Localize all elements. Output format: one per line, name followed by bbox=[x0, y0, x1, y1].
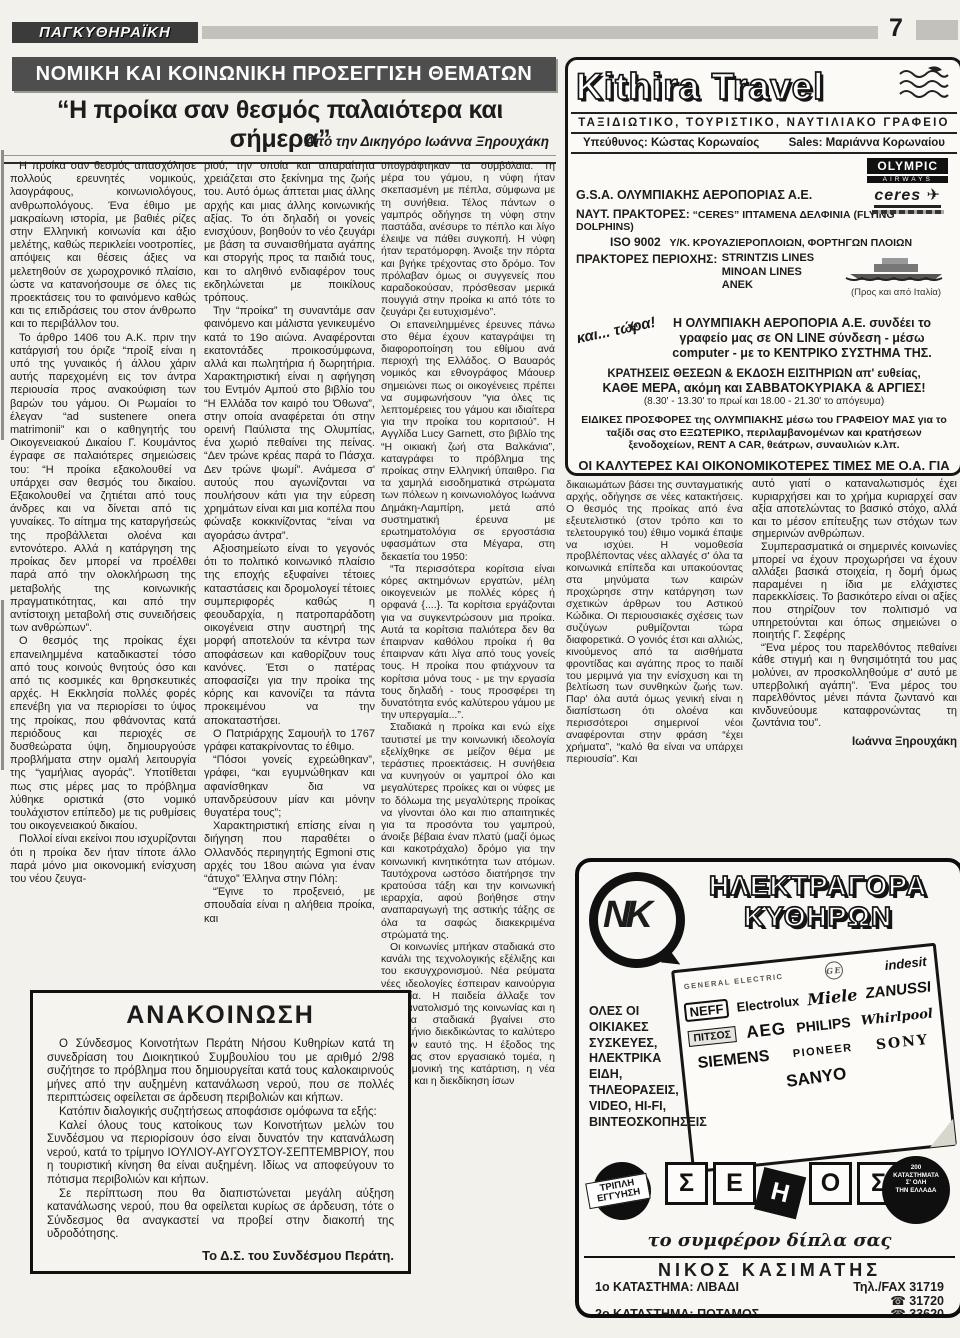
article-column-4: δικαιωμάτων βάσει της συνταγματικής αρχή… bbox=[566, 480, 743, 844]
list-item: Whirlpool bbox=[860, 1006, 933, 1028]
ge-monogram-icon: GE bbox=[824, 961, 844, 981]
kithira-office-type: ΤΑΞΙΔΙΩΤΙΚΟ, ΤΟΥΡΙΣΤΙΚΟ, ΝΑΥΤΙΛΙΑΚΟ ΓΡΑΦ… bbox=[571, 112, 957, 134]
waves-icon bbox=[898, 66, 950, 109]
newspaper-page: ΠΑΓΚΥΘΗΡΑΪΚΗ 7 ΝΟΜΙΚΗ ΚΑΙ ΚΟΙΝΩΝΙΚΗ ΠΡΟΣ… bbox=[0, 0, 960, 1338]
kithira-shipping-lines: STRINTZIS LINESMINOAN LINESANEK bbox=[722, 252, 814, 293]
ferry-icon: (Προς και από Ιταλία) bbox=[844, 252, 948, 298]
store-2-row: 2ο ΚΑΤΑΣΤΗΜΑ: ΠΟΤΑΜΟΣ ☎ 33620 bbox=[595, 1308, 944, 1318]
announcement-box: ΑΝΑΚΟΙΝΩΣΗ Ο Σύνδεσμος Κοινοτήτων Περάτη… bbox=[30, 990, 411, 1274]
byline-rule bbox=[4, 155, 556, 156]
kithira-gsa: G.S.A. ΟΛΥΜΠΙΑΚΗΣ ΑΕΡΟΠΟΡΙΑΣ Α.Ε. bbox=[576, 188, 812, 202]
nk-logo: NK bbox=[587, 870, 687, 970]
kithira-iso-line: ISO 9002 Υ/Κ. ΚΡΟΥΑΖΙΕΡΟΠΛΟΙΩΝ, ΦΟΡΤΗΓΩΝ… bbox=[568, 234, 960, 250]
list-item: Ε bbox=[713, 1162, 756, 1205]
article-byline: Από την Δικηγόρο Ιωάννα Ξηρουχάκη bbox=[4, 134, 549, 149]
ceres-logo-bar bbox=[872, 210, 944, 214]
olympic-airways-logo: OLYMPIC bbox=[867, 158, 948, 174]
kithira-manager: Υπεύθυνος: Κώστας Κορωναίος bbox=[583, 137, 759, 149]
phone-icon: ☎ 31720 bbox=[890, 1295, 944, 1309]
electro-store-ad: NK ΗΛΕΚΤΡΑΓΟΡΑ ΚΥΘΗΡΩΝ GENERAL ELECTRIC … bbox=[575, 858, 960, 1318]
article-column-5: αυτό γιατί ο καταναλωτισμός έχει κυριαρχ… bbox=[752, 478, 957, 840]
kithira-bookings-line2: ΚΑΘΕ ΜΕΡΑ, ακόμη και ΣΑΒΒΑΤΟΚΥΡΙΑΚΑ & ΑΡ… bbox=[568, 381, 960, 395]
list-item: ΕΙΔΗ, bbox=[589, 1067, 689, 1083]
header-strip bbox=[202, 26, 878, 39]
list-item: SANYO bbox=[785, 1064, 848, 1092]
page-fold-decoration bbox=[927, 1119, 956, 1148]
sehos-logo-row: ΤΡΙΠΛΗ ΕΓΓΥΗΣΗ ΣΕΗΟΣ 200 ΚΑΤΑΣΤΗΜΑΤΑΣ' Ο… bbox=[585, 1160, 954, 1232]
list-item: ΟΛΕΣ ΟΙ bbox=[589, 1004, 689, 1020]
kithira-bookings-line1: ΚΡΑΤΗΣΕΙΣ ΘΕΣΕΩΝ & ΕΚΔΟΣΗ ΕΙΣΙΤΗΡΙΩΝ απ'… bbox=[568, 367, 960, 381]
list-item: Ο bbox=[809, 1162, 852, 1205]
article-kicker: ΝΟΜΙΚΗ ΚΑΙ ΚΟΙΝΩΝΙΚΗ ΠΡΟΣΕΓΓΙΣΗ ΘΕΜΑΤΩΝ bbox=[12, 57, 556, 91]
kithira-offers: ΕΙΔΙΚΕΣ ΠΡΟΣΦΟΡΕΣ της ΟΛΥΜΠΙΑΚΗΣ μέσω το… bbox=[568, 414, 960, 452]
announcement-signature: Το Δ.Σ. του Συνδέσμου Περάτη. bbox=[47, 1248, 394, 1263]
article-column-5-text: αυτό γιατί ο καταναλωτισμός έχει κυριαρχ… bbox=[752, 478, 957, 730]
masthead-logo: ΠΑΓΚΥΘΗΡΑΪΚΗ bbox=[12, 22, 198, 43]
olympic-airways-sublogo: AIRWAYS bbox=[867, 176, 948, 183]
list-item: ΠΙΤΣΟΣ bbox=[688, 1026, 737, 1047]
list-item: Σ bbox=[665, 1162, 708, 1205]
kithira-italy-note: (Προς και από Ιταλία) bbox=[844, 287, 948, 298]
store-1-phone2-row: ☎ 31720 bbox=[595, 1295, 944, 1309]
store-1-row: 1ο ΚΑΤΑΣΤΗΜΑ: ΛΙΒΑΔΙ Τηλ./FAX 31719 bbox=[595, 1281, 944, 1295]
list-item: ΤΗΛΕΟΡΑΣΕΙΣ, bbox=[589, 1083, 689, 1099]
list-item: Η προίκα σαν θεσμός απασχόλησε πολλούς ε… bbox=[10, 160, 196, 332]
article-signature: Ιωάννα Ξηρουχάκη bbox=[752, 736, 957, 749]
scan-edge-mark bbox=[1, 150, 4, 440]
announcement-title: ΑΝΑΚΟΙΝΩΣΗ bbox=[47, 1001, 394, 1030]
list-item: ΒΙΝΤΕΟΣΚΟΠΗΣΕΙΣ bbox=[589, 1115, 689, 1131]
list-item: Ο θεσμός της προίκας έχει επανειλημμένα … bbox=[10, 635, 196, 833]
kithira-sales: Sales: Μαριάννα Κορωναίου bbox=[789, 137, 945, 149]
page-number: 7 bbox=[889, 14, 903, 43]
ceres-logo: ceres ✈ bbox=[874, 185, 941, 208]
list-item: αυτό γιατί ο καταναλωτισμός έχει κυριαρχ… bbox=[752, 478, 957, 541]
list-item: ΣΥΣΚΕΥΕΣ, bbox=[589, 1036, 689, 1052]
list-item: υπογράφτηκαν τα συμβόλαια. Τη μέρα του γ… bbox=[381, 160, 555, 319]
list-item: STRINTZIS LINES bbox=[722, 252, 814, 266]
list-item: ΗΛΕΚΤΡΙΚΑ bbox=[589, 1051, 689, 1067]
list-item: Την “προίκα” τη συναντάμε σαν φαινόμενο … bbox=[204, 305, 375, 543]
list-item: Σε περίπτωση που θα διαπιστώνεται μεγάλη… bbox=[47, 1188, 394, 1242]
list-item: Χαρακτηριστική επίσης είναι η διήγηση πο… bbox=[204, 820, 375, 886]
electro-ad-title: ΗΛΕΚΤΡΑΓΟΡΑ ΚΥΘΗΡΩΝ bbox=[685, 870, 951, 932]
list-item: VIDEO, HI-FI, bbox=[589, 1099, 689, 1115]
list-item: Electrolux bbox=[736, 993, 800, 1014]
list-item: Αξιοσημείωτο είναι το γεγονός ότι το πολ… bbox=[204, 543, 375, 728]
kithira-travel-logo: Kithira Travel bbox=[576, 66, 824, 108]
list-item: Miele bbox=[806, 985, 858, 1009]
scan-edge-mark bbox=[1, 600, 4, 770]
store-1-phone: Τηλ./FAX 31719 bbox=[853, 1281, 944, 1295]
brand-card: GENERAL ELECTRIC GE indesit NEFFElectrol… bbox=[671, 943, 957, 1174]
list-item: NEFF bbox=[684, 999, 730, 1022]
nk-logo-initials: NK bbox=[603, 894, 648, 937]
list-item: Ο Πατριάρχης Σαμουήλ το 1767 γράφει κατα… bbox=[204, 728, 375, 754]
store-2-phone: ☎ 33620 bbox=[890, 1308, 944, 1318]
kithira-online-text: Η ΟΛΥΜΠΙΑΚΗ ΑΕΡΟΠΟΡΙΑ Α.Ε. συνδέει το γρ… bbox=[656, 316, 948, 361]
list-item: AEG bbox=[745, 1019, 787, 1043]
list-item: SIEMENS bbox=[697, 1048, 771, 1073]
kithira-now-script: και... τώρα! bbox=[575, 316, 656, 346]
sehos-letter-tiles: ΣΕΗΟΣ bbox=[665, 1162, 900, 1205]
article-column-2: ριού, την οποία και απαραίτητα χρειάζετα… bbox=[204, 160, 375, 976]
list-item: Το άρθρο 1406 του Α.Κ. πριν την κατάργισ… bbox=[10, 332, 196, 636]
list-item: δικαιωμάτων βάσει της συνταγματικής αρχή… bbox=[566, 480, 743, 766]
kithira-australia-text: ΟΙ ΚΑΛΥΤΕΡΕΣ ΚΑΙ ΟΙΚΟΝΟΜΙΚΟΤΕΡΕΣ ΤΙΜΕΣ Μ… bbox=[568, 458, 960, 477]
kithira-region-label: ΠΡΑΚΤΟΡΕΣ ΠΕΡΙΟΧΗΣ: bbox=[576, 252, 717, 266]
article-title: “Η προίκα σαν θεσμός παλαιότερα και σήμε… bbox=[4, 96, 556, 164]
list-item: ΟΙΚΙΑΚΕΣ bbox=[589, 1020, 689, 1036]
list-item: “Έγινε το προξενειό, με σπουδαία είναι η… bbox=[204, 886, 375, 926]
guarantee-badge: ΤΡΙΠΛΗ ΕΓΓΥΗΣΗ bbox=[593, 1162, 651, 1220]
list-item: PIONEER bbox=[792, 1042, 853, 1060]
list-item: Καλεί όλους τους κατοίκους των Κοινοτήτω… bbox=[47, 1120, 394, 1188]
list-item: ANEK bbox=[722, 279, 814, 293]
kithira-travel-ad: Kithira Travel ΤΑΞΙΔΙΩΤΙΚΟ, ΤΟΥΡΙΣΤΙΚΟ, … bbox=[565, 57, 960, 476]
list-item: Συμπερασματικά οι σημερινές κοινωνίες μπ… bbox=[752, 541, 957, 642]
list-item: ZANUSSI bbox=[866, 978, 931, 1002]
list-item: Ο Σύνδεσμος Κοινοτήτων Περάτη Νήσου Κυθη… bbox=[47, 1038, 394, 1106]
list-item: “Τα περισσότερα κορίτσια είναι κόρες ακτ… bbox=[381, 563, 555, 722]
list-item: “Πόσοι γονείς εχρεώθηκαν”, γράφει, “και … bbox=[204, 754, 375, 820]
stores-count-badge: 200 ΚΑΤΑΣΤΗΜΑΤΑΣ' ΟΛΗΤΗΝ ΕΛΛΑΔΑ bbox=[882, 1156, 950, 1224]
guarantee-tag: ΤΡΙΠΛΗ ΕΓΓΥΗΣΗ bbox=[585, 1173, 651, 1209]
announcement-body: Ο Σύνδεσμος Κοινοτήτων Περάτη Νήσου Κυθη… bbox=[47, 1038, 394, 1242]
list-item: PHILIPS bbox=[796, 1014, 852, 1036]
article-column-1: Η προίκα σαν θεσμός απασχόλησε πολλούς ε… bbox=[10, 160, 196, 976]
electro-divider bbox=[584, 1256, 955, 1258]
list-item: Σταδιακά η προίκα και ενώ είχε ταυτιστεί… bbox=[381, 721, 555, 941]
header-strip-right bbox=[916, 20, 958, 40]
kithira-hours: (8.30' - 13.30' το πρωί και 18.00 - 21.3… bbox=[568, 395, 960, 409]
list-item: Οι επανειλημμένες έρευνες πάνω στο θέμα … bbox=[381, 319, 555, 563]
list-item: ΚΑΤΑΣΤΗΜΑΤΑ bbox=[882, 1172, 950, 1180]
list-item: Η bbox=[754, 1167, 806, 1219]
electro-slogan: το συμφέρον δίπλα σας bbox=[579, 1230, 960, 1251]
store-owner-name: ΝΙΚΟΣ ΚΑΣΙΜΑΤΗΣ bbox=[579, 1260, 960, 1281]
electro-items-list: ΟΛΕΣ ΟΙΟΙΚΙΑΚΕΣΣΥΣΚΕΥΕΣ,ΗΛΕΚΤΡΙΚΑΕΙΔΗ,ΤΗ… bbox=[589, 1004, 689, 1130]
list-item: “Ένα μέρος του παρελθόντος πεθαίνει κάθε… bbox=[752, 642, 957, 730]
list-item: MINOAN LINES bbox=[722, 266, 814, 280]
list-item: Κατόπιν διαλογικής συζητήσεως αποφάσισε … bbox=[47, 1106, 394, 1120]
store-addresses: 1ο ΚΑΤΑΣΤΗΜΑ: ΛΙΒΑΔΙ Τηλ./FAX 31719 ☎ 31… bbox=[595, 1281, 944, 1318]
list-item: ριού, την οποία και απαραίτητα χρειάζετα… bbox=[204, 160, 375, 305]
list-item: Πολλοί είναι εκείνοι που ισχυρίζονται ότ… bbox=[10, 833, 196, 886]
list-item: Σ' ΟΛΗ bbox=[882, 1179, 950, 1187]
list-item: ΤΗΝ ΕΛΛΑΔΑ bbox=[882, 1187, 950, 1195]
list-item: SONY bbox=[875, 1032, 929, 1053]
